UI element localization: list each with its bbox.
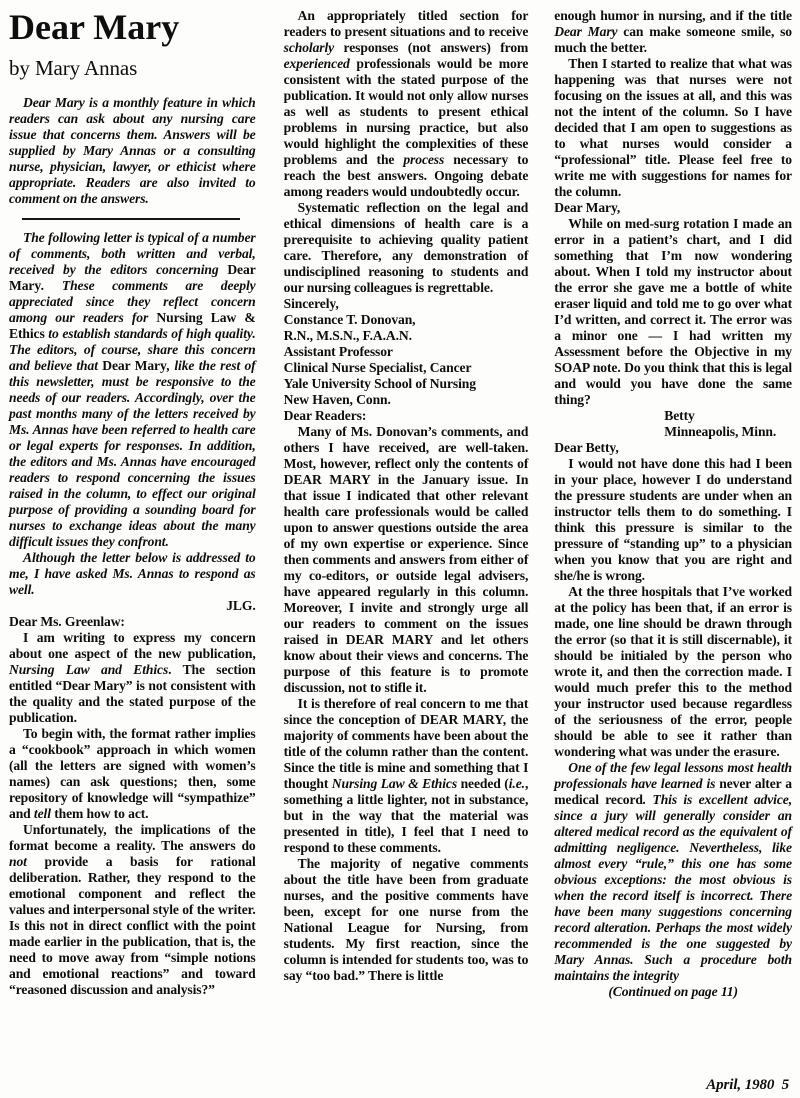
text-segment: . This is excellent advice, since a jury… — [554, 792, 792, 983]
letter-paragraph: Then I started to realize that what was … — [554, 56, 792, 200]
text-segment: provide a basis for rational deliberatio… — [9, 854, 256, 997]
text-segment: responses (not answers) from — [334, 40, 528, 55]
signature-line: Clinical Nurse Specialist, Cancer — [284, 360, 529, 376]
text-segment: Dear Mary, — [554, 200, 620, 215]
text-segment: Dear Mary — [102, 358, 166, 373]
letter-paragraph: Unfortunately, the implications of the f… — [9, 822, 256, 998]
letter-paragraph: An appropriately titled section for read… — [284, 8, 529, 200]
text-segment: Unfortunately, the implications of the f… — [9, 822, 256, 853]
letter-paragraph: I am writing to express my concern about… — [9, 630, 256, 726]
text-segment: Assistant Professor — [284, 344, 393, 359]
letter-salutation: Dear Betty, — [554, 440, 792, 456]
text-segment: tell — [34, 806, 51, 821]
text-segment: needed ( — [457, 776, 509, 791]
signature-line: R.N., M.S.N., F.A.A.N. — [284, 328, 529, 344]
signature-line: Sincerely, — [284, 296, 529, 312]
text-segment: (Continued on page 11) — [608, 984, 738, 999]
editor-note: The following letter is typical of a num… — [9, 230, 256, 550]
text-segment: Dear Ms. Greenlaw: — [9, 614, 125, 629]
text-segment: The majority of negative comments about … — [284, 856, 529, 983]
text-segment: Systematic reflection on the legal and e… — [284, 200, 529, 295]
text-segment: process — [403, 152, 444, 167]
editor-comment: One of the few legal lessons most health… — [554, 760, 792, 984]
signature-line: Yale University School of Nursing — [284, 376, 529, 392]
signature-line: Minneapolis, Minn. — [554, 424, 792, 440]
signature-line: Constance T. Donovan, — [284, 312, 529, 328]
letter-salutation: Dear Readers: — [284, 408, 529, 424]
signature-line: Assistant Professor — [284, 344, 529, 360]
text-segment: Dear Mary — [554, 24, 617, 39]
letter-paragraph: To begin with, the format rather implies… — [9, 726, 256, 822]
text-segment: Nursing Law and Ethics — [9, 662, 168, 677]
text-segment: them how to act. — [51, 806, 149, 821]
text-segment: Constance T. Donovan, — [284, 312, 416, 327]
text-segment: Yale University School of Nursing — [284, 376, 476, 391]
byline: by Mary Annas — [9, 57, 256, 80]
text-segment: professionals would be more consistent w… — [284, 56, 529, 167]
text-segment: I am writing to express my concern about… — [9, 630, 256, 661]
text-segment: Betty — [664, 408, 694, 423]
letter-paragraph: While on med-surg rotation I made an err… — [554, 216, 792, 408]
letter-paragraph: It is therefore of real concern to me th… — [284, 696, 529, 856]
text-segment: Many of Ms. Donovan’s comments, and othe… — [284, 424, 529, 695]
column-1: Dear Mary by Mary Annas Dear Mary is a m… — [9, 8, 256, 1000]
editor-initials: JLG. — [9, 598, 256, 614]
text-segment: Clinical Nurse Specialist, Cancer — [284, 360, 472, 375]
text-segment: i.e. — [509, 776, 525, 791]
continued-note: (Continued on page 11) — [554, 984, 792, 1000]
text-segment: not — [9, 854, 27, 869]
text-segment: Sincerely, — [284, 296, 339, 311]
page-title: Dear Mary — [9, 8, 256, 46]
text-segment: I would not have done this had I been in… — [554, 456, 792, 583]
column-2: An appropriately titled section for read… — [284, 8, 529, 1000]
text-segment: While on med-surg rotation I made an err… — [554, 216, 792, 407]
intro-paragraph: Dear Mary is a monthly feature in which … — [9, 95, 256, 207]
letter-salutation: Dear Ms. Greenlaw: — [9, 614, 256, 630]
text-segment: Dear Mary is a monthly feature in which … — [9, 95, 256, 206]
letter-paragraph: Systematic reflection on the legal and e… — [284, 200, 529, 296]
signature-line: Betty — [554, 408, 792, 424]
text-segment: JLG. — [226, 598, 255, 613]
editor-note: Although the letter below is addressed t… — [9, 550, 256, 598]
text-segment: An appropriately titled section for read… — [284, 8, 529, 39]
text-segment: Although the letter below is addressed t… — [9, 550, 256, 597]
letter-paragraph: The majority of negative comments about … — [284, 856, 529, 984]
letter-paragraph: enough humor in nursing, and if the titl… — [554, 8, 792, 56]
letter-paragraph: At the three hospitals that I’ve worked … — [554, 584, 792, 760]
text-segment: , like the rest of this newsletter, must… — [9, 358, 256, 549]
text-segment: enough humor in nursing, and if the titl… — [554, 8, 792, 23]
text-segment: R.N., M.S.N., F.A.A.N. — [284, 328, 412, 343]
text-segment: Then I started to realize that what was … — [554, 56, 792, 199]
text-segment: experienced — [284, 56, 350, 71]
article-columns: Dear Mary by Mary Annas Dear Mary is a m… — [0, 0, 800, 1000]
text-segment: New Haven, Conn. — [284, 392, 391, 407]
letter-salutation: Dear Mary, — [554, 200, 792, 216]
text-segment: At the three hospitals that I’ve worked … — [554, 584, 792, 759]
text-segment: Dear Readers: — [284, 408, 367, 423]
text-segment: scholarly — [284, 40, 334, 55]
column-3: enough humor in nursing, and if the titl… — [554, 8, 792, 1000]
text-segment: Dear Betty, — [554, 440, 618, 455]
divider-rule — [22, 218, 240, 220]
page-footer: April, 1980 5 — [706, 1077, 789, 1093]
text-segment: Nursing Law & Ethics — [332, 776, 457, 791]
letter-paragraph: I would not have done this had I been in… — [554, 456, 792, 584]
signature-line: New Haven, Conn. — [284, 392, 529, 408]
text-segment: Minneapolis, Minn. — [664, 424, 776, 439]
text-segment: The following letter is typical of a num… — [9, 230, 256, 277]
newsletter-page: Dear Mary by Mary Annas Dear Mary is a m… — [0, 0, 800, 1098]
letter-paragraph: Many of Ms. Donovan’s comments, and othe… — [284, 424, 529, 696]
